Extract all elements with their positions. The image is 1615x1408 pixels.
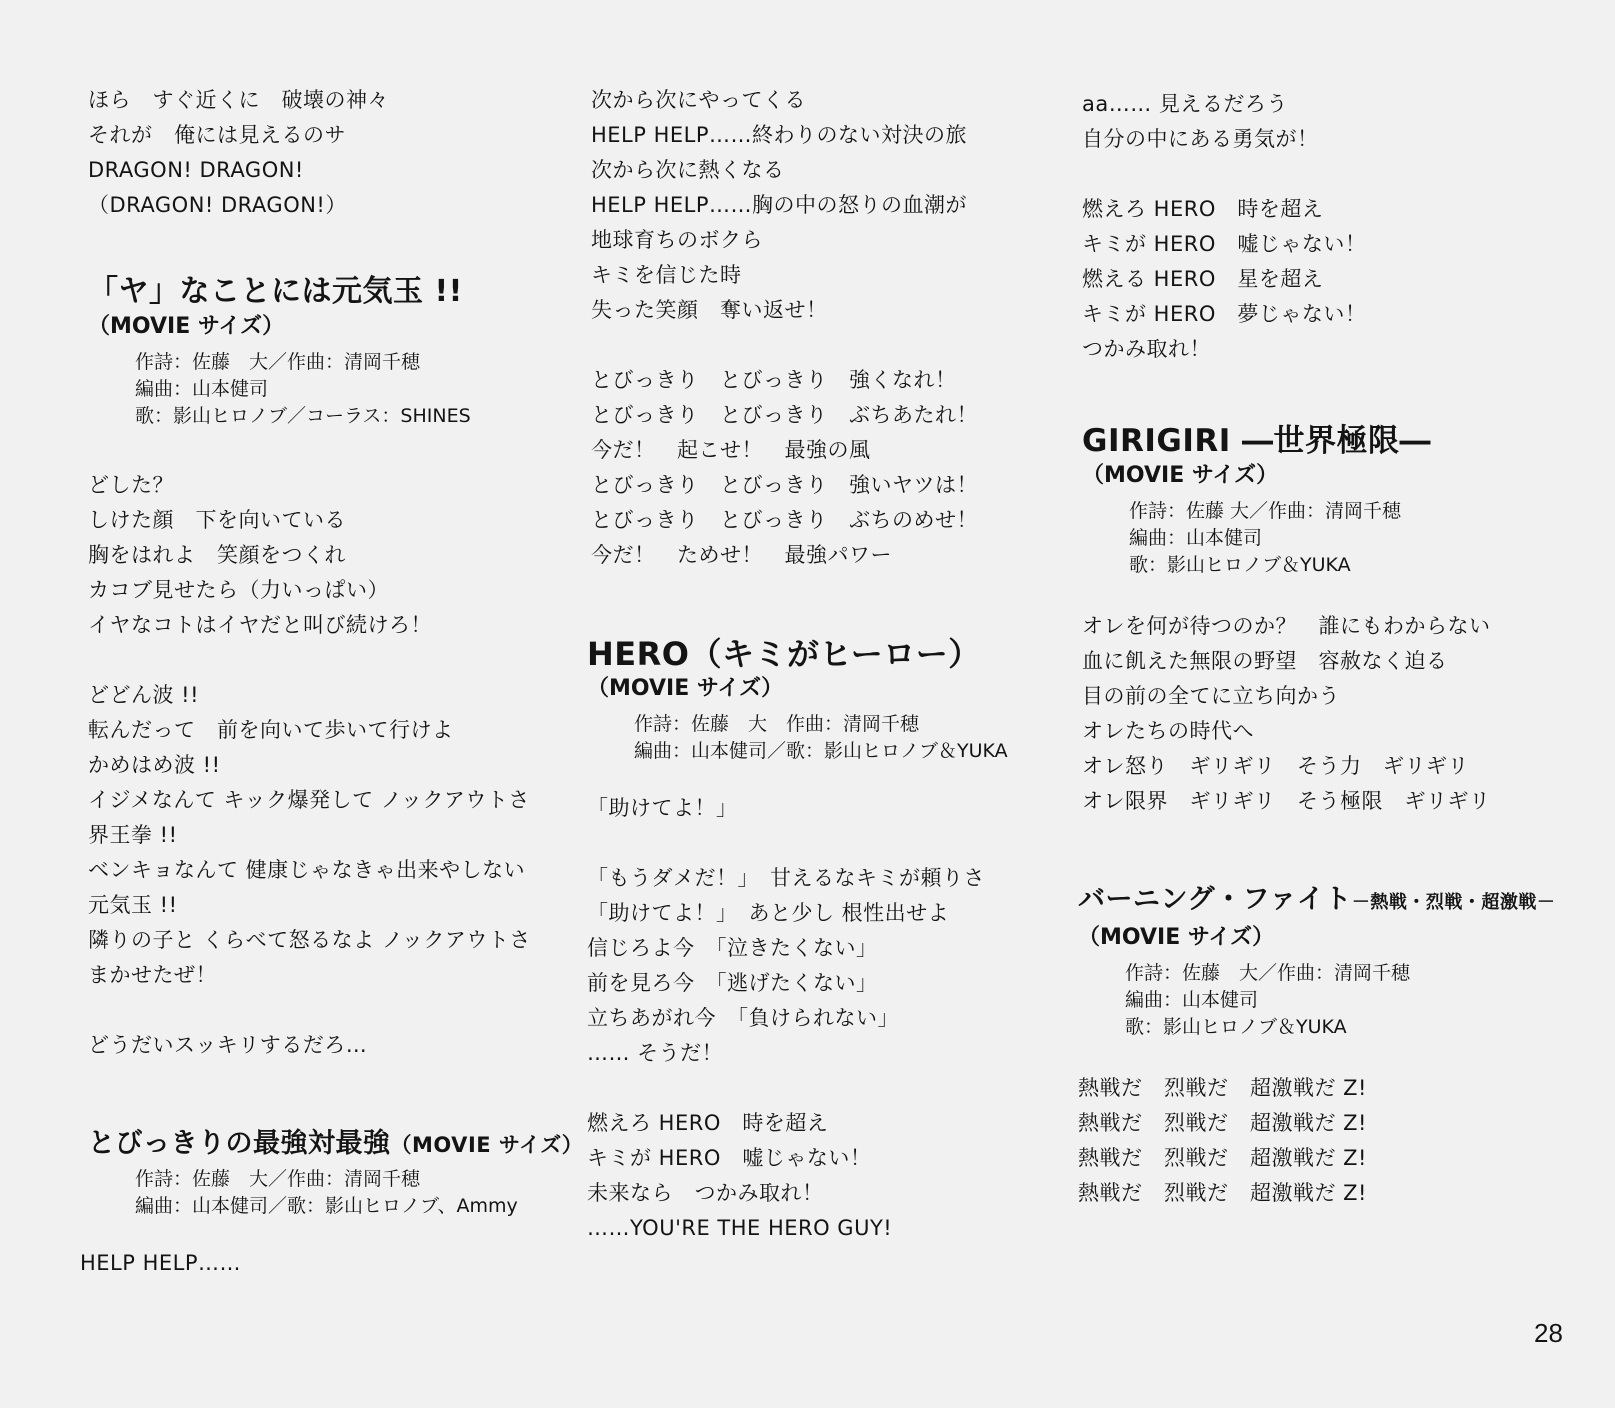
- lyric-line: 燃えろ HERO 時を超え: [587, 1106, 1008, 1141]
- lyric-line: オレたちの時代へ: [1082, 714, 1555, 749]
- lyric-line: かめはめ波 !!: [88, 748, 583, 783]
- song-title-suffix: （MOVIE サイズ）: [391, 1133, 584, 1157]
- song-hero: HERO（キミがヒーロー） （MOVIE サイズ） 作詩：佐藤 大 作曲：清岡千…: [587, 635, 1008, 1246]
- lyric-line: 信じろよ今 「泣きたくない」: [587, 931, 1008, 966]
- lyric-line: 隣りの子と くらべて怒るなよ ノックアウトさ: [88, 923, 583, 958]
- verse: 燃えろ HERO 時を超え キミが HERO 嘘じゃない！ 燃える HERO 星…: [1082, 192, 1555, 367]
- lyric-line: カコブ見せたら（力いっぱい）: [88, 573, 583, 608]
- song-title: GIRIGIRI ―世界極限―: [1082, 422, 1555, 460]
- lyric-line: 次から次に熱くなる: [591, 153, 1008, 188]
- intro-lyrics: ほら すぐ近くに 破壊の神々 それが 俺には見えるのサ DRAGON! DRAG…: [88, 83, 583, 223]
- lyric-line: （DRAGON! DRAGON!）: [88, 188, 583, 223]
- credit-line: 作詩：佐藤 大 作曲：清岡千穂: [634, 711, 1008, 738]
- song-subtitle: （MOVIE サイズ）: [587, 673, 1008, 705]
- song-title: とびっきりの最強対最強（MOVIE サイズ）: [88, 1125, 583, 1164]
- verse: 熱戦だ 烈戦だ 超激戦だ Z! 熱戦だ 烈戦だ 超激戦だ Z! 熱戦だ 烈戦だ …: [1078, 1071, 1555, 1211]
- lyric-line: 熱戦だ 烈戦だ 超激戦だ Z!: [1078, 1071, 1555, 1106]
- lyric-line: 未来なら つかみ取れ！: [587, 1176, 1008, 1211]
- song-title: HERO（キミがヒーロー）: [587, 635, 1008, 673]
- lyric-line: キミを信じた時: [591, 258, 1008, 293]
- lyric-line: 燃える HERO 星を超え: [1082, 262, 1555, 297]
- lyric-line: イジメなんて キック爆発して ノックアウトさ: [88, 783, 583, 818]
- verse: どした？ しけた顔 下を向いている 胸をはれよ 笑顔をつくれ カコブ見せたら（力…: [88, 468, 583, 643]
- lyric-line: つかみ取れ！: [1082, 332, 1555, 367]
- credit-line: 作詩：佐藤 大／作曲：清岡千穂: [1129, 498, 1555, 525]
- lyric-line: 失った笑顔 奪い返せ！: [591, 293, 1008, 328]
- lyric-line: 地球育ちのボクら: [591, 223, 1008, 258]
- lyric-line: オレを何が待つのか？ 誰にもわからない: [1082, 609, 1555, 644]
- column-left: ほら すぐ近くに 破壊の神々 それが 俺には見えるのサ DRAGON! DRAG…: [88, 83, 583, 1281]
- lyric-line: どした？: [88, 468, 583, 503]
- verse: どうだいスッキリするだろ…: [88, 1028, 583, 1063]
- lyric-line: とびっきり とびっきり 強くなれ！: [591, 363, 1008, 398]
- credit-line: 編曲：山本健司: [1129, 525, 1555, 552]
- lyric-line: キミが HERO 嘘じゃない！: [1082, 227, 1555, 262]
- lyric-line: まかせたぜ！: [88, 958, 583, 993]
- lyric-line: DRAGON! DRAGON!: [88, 153, 583, 188]
- lyric-line: 目の前の全てに立ち向かう: [1082, 679, 1555, 714]
- lyric-line: 立ちあがれ今 「負けられない」: [587, 1001, 1008, 1036]
- verse: 燃えろ HERO 時を超え キミが HERO 嘘じゃない！ 未来なら つかみ取れ…: [587, 1106, 1008, 1246]
- song-tobikkiri: とびっきりの最強対最強（MOVIE サイズ） 作詩：佐藤 大／作曲：清岡千穂 編…: [88, 1125, 583, 1281]
- lyric-line: 界王拳 !!: [88, 818, 583, 853]
- lyric-line: とびっきり とびっきり ぶちあたれ！: [591, 398, 1008, 433]
- lyric-line: それが 俺には見えるのサ: [88, 118, 583, 153]
- lyric-line: HELP HELP……: [80, 1246, 583, 1281]
- verse: aa…… 見えるだろう 自分の中にある勇気が！: [1082, 87, 1555, 157]
- verse: 「もうダメだ！」 甘えるなキミが頼りさ 「助けてよ！」 あと少し 根性出せよ 信…: [587, 861, 1008, 1071]
- song-genkidama: 「ヤ」なことには元気玉 !! （MOVIE サイズ） 作詩：佐藤 大／作曲：清岡…: [88, 273, 583, 1063]
- song-credits: 作詩：佐藤 大／作曲：清岡千穂 編曲：山本健司／歌：影山ヒロノブ、Ammy: [88, 1166, 583, 1220]
- credit-line: 歌：影山ヒロノブ＆YUKA: [1129, 552, 1555, 579]
- song-subtitle: （MOVIE サイズ）: [88, 311, 583, 343]
- column-right: aa…… 見えるだろう 自分の中にある勇気が！ 燃えろ HERO 時を超え キミ…: [1082, 87, 1555, 1211]
- lyric-line: 今だ！ 起こせ！ 最強の風: [591, 433, 1008, 468]
- lyric-line: とびっきり とびっきり 強いヤツは！: [591, 468, 1008, 503]
- credit-line: 編曲：山本健司／歌：影山ヒロノブ、Ammy: [135, 1193, 583, 1220]
- lyric-line: …… そうだ！: [587, 1036, 1008, 1071]
- song-credits: 作詩：佐藤 大 作曲：清岡千穂 編曲：山本健司／歌：影山ヒロノブ＆YUKA: [587, 711, 1008, 765]
- lyric-line: 「助けてよ！」: [587, 791, 1008, 826]
- lyric-line: 熱戦だ 烈戦だ 超激戦だ Z!: [1078, 1141, 1555, 1176]
- lyric-line: aa…… 見えるだろう: [1082, 87, 1555, 122]
- lyric-line: どどん波 !!: [88, 678, 583, 713]
- song-title: バーニング・ファイト－熱戦・烈戦・超激戦－: [1078, 881, 1555, 922]
- song-girigiri: GIRIGIRI ―世界極限― （MOVIE サイズ） 作詩：佐藤 大／作曲：清…: [1082, 422, 1555, 819]
- verse: どどん波 !! 転んだって 前を向いて歩いて行けよ かめはめ波 !! イジメなん…: [88, 678, 583, 993]
- lyric-line: イヤなコトはイヤだと叫び続けろ！: [88, 608, 583, 643]
- page-number: 28: [1534, 1318, 1563, 1349]
- song-subtitle: （MOVIE サイズ）: [1082, 460, 1555, 492]
- song-title-main: バーニング・ファイト: [1078, 884, 1352, 915]
- lyric-line: ベンキョなんて 健康じゃなきゃ出来やしない: [88, 853, 583, 888]
- lyric-line: オレ怒り ギリギリ そう力 ギリギリ: [1082, 749, 1555, 784]
- lyric-line: キミが HERO 夢じゃない！: [1082, 297, 1555, 332]
- lyric-line: 自分の中にある勇気が！: [1082, 122, 1555, 157]
- lyric-line: 前を見ろ今 「逃げたくない」: [587, 966, 1008, 1001]
- credit-line: 作詩：佐藤 大／作曲：清岡千穂: [135, 349, 583, 376]
- lyric-line: 「もうダメだ！」 甘えるなキミが頼りさ: [587, 861, 1008, 896]
- verse: オレを何が待つのか？ 誰にもわからない 血に飢えた無限の野望 容赦なく迫る 目の…: [1082, 609, 1555, 819]
- lyric-line: 転んだって 前を向いて歩いて行けよ: [88, 713, 583, 748]
- song-subtitle: （MOVIE サイズ）: [1078, 922, 1555, 954]
- lyric-line: とびっきり とびっきり ぶちのめせ！: [591, 503, 1008, 538]
- lyric-line: HELP HELP……胸の中の怒りの血潮が: [591, 188, 1008, 223]
- credit-line: 作詩：佐藤 大／作曲：清岡千穂: [1125, 960, 1555, 987]
- credit-line: 編曲：山本健司／歌：影山ヒロノブ＆YUKA: [634, 738, 1008, 765]
- song-credits: 作詩：佐藤 大／作曲：清岡千穂 編曲：山本健司 歌：影山ヒロノブ＆YUKA: [1078, 960, 1555, 1041]
- song-title: 「ヤ」なことには元気玉 !!: [88, 273, 583, 311]
- song-burning-fight: バーニング・ファイト－熱戦・烈戦・超激戦－ （MOVIE サイズ） 作詩：佐藤 …: [1078, 881, 1555, 1211]
- column-middle: 次から次にやってくる HELP HELP……終わりのない対決の旅 次から次に熱く…: [591, 83, 1008, 1246]
- lyric-line: キミが HERO 嘘じゃない！: [587, 1141, 1008, 1176]
- song-title-suffix: －熱戦・烈戦・超激戦－: [1352, 892, 1556, 913]
- credit-line: 編曲：山本健司: [135, 376, 583, 403]
- song-credits: 作詩：佐藤 大／作曲：清岡千穂 編曲：山本健司 歌：影山ヒロノブ／コーラス：SH…: [88, 349, 583, 430]
- lyric-line: しけた顔 下を向いている: [88, 503, 583, 538]
- lyric-line: 今だ！ ためせ！ 最強パワー: [591, 538, 1008, 573]
- lyric-line: オレ限界 ギリギリ そう極限 ギリギリ: [1082, 784, 1555, 819]
- lyric-line: 熱戦だ 烈戦だ 超激戦だ Z!: [1078, 1176, 1555, 1211]
- lyric-line: 「助けてよ！」 あと少し 根性出せよ: [587, 896, 1008, 931]
- lyric-line: ほら すぐ近くに 破壊の神々: [88, 83, 583, 118]
- lyric-line: 元気玉 !!: [88, 888, 583, 923]
- song-title-main: とびっきりの最強対最強: [88, 1128, 391, 1159]
- lyric-line: 熱戦だ 烈戦だ 超激戦だ Z!: [1078, 1106, 1555, 1141]
- credit-line: 作詩：佐藤 大／作曲：清岡千穂: [135, 1166, 583, 1193]
- lyric-line: 次から次にやってくる: [591, 83, 1008, 118]
- song-credits: 作詩：佐藤 大／作曲：清岡千穂 編曲：山本健司 歌：影山ヒロノブ＆YUKA: [1082, 498, 1555, 579]
- lyric-line: HELP HELP……終わりのない対決の旅: [591, 118, 1008, 153]
- verse: とびっきり とびっきり 強くなれ！ とびっきり とびっきり ぶちあたれ！ 今だ！…: [591, 363, 1008, 573]
- lyric-line: 胸をはれよ 笑顔をつくれ: [88, 538, 583, 573]
- lyric-line: 燃えろ HERO 時を超え: [1082, 192, 1555, 227]
- lyric-line: 血に飢えた無限の野望 容赦なく迫る: [1082, 644, 1555, 679]
- credit-line: 歌：影山ヒロノブ＆YUKA: [1125, 1014, 1555, 1041]
- lyric-line: ……YOU'RE THE HERO GUY!: [587, 1211, 1008, 1246]
- credit-line: 歌：影山ヒロノブ／コーラス：SHINES: [135, 403, 583, 430]
- verse: 次から次にやってくる HELP HELP……終わりのない対決の旅 次から次に熱く…: [591, 83, 1008, 328]
- lyric-line: どうだいスッキリするだろ…: [88, 1028, 583, 1063]
- credit-line: 編曲：山本健司: [1125, 987, 1555, 1014]
